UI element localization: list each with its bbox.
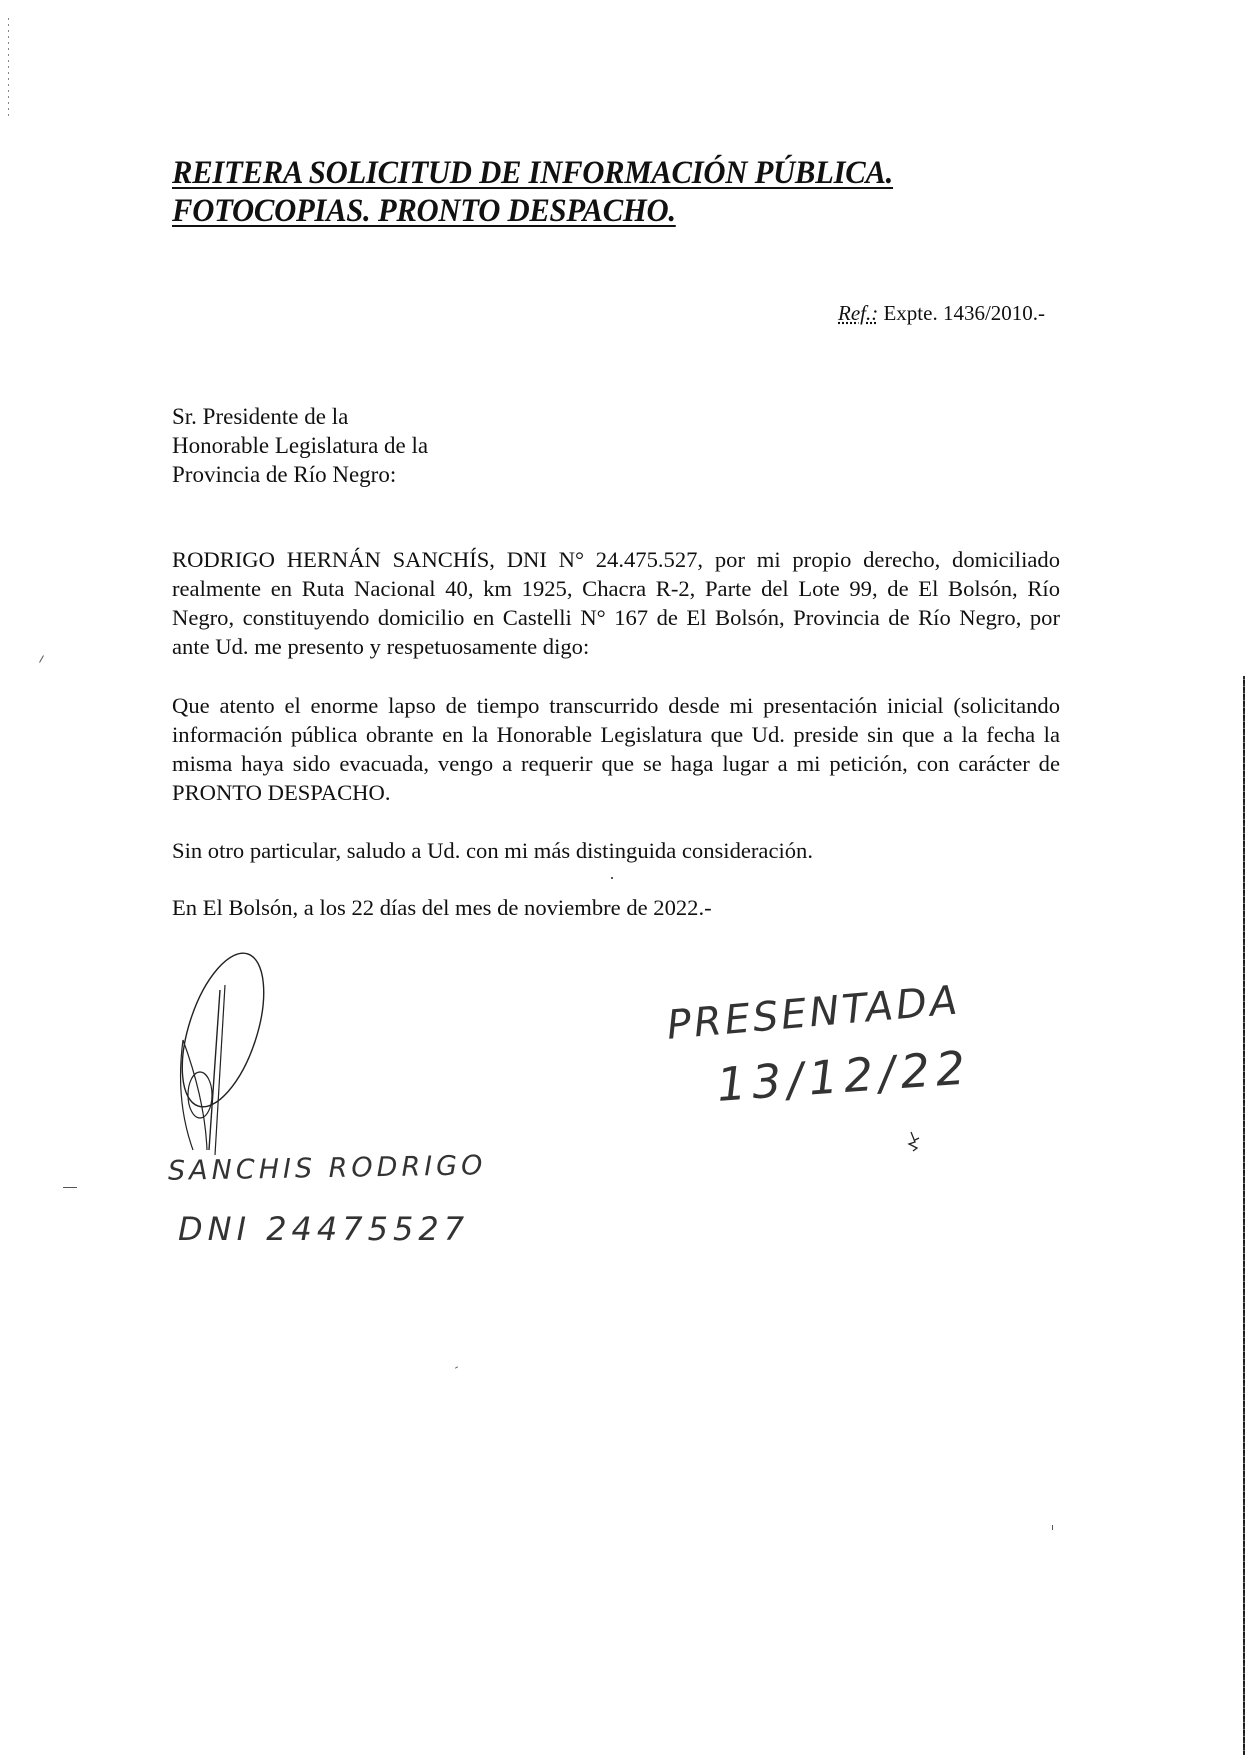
addressee-line-3: Provincia de Río Negro: (172, 460, 428, 489)
addressee-block: Sr. Presidente de la Honorable Legislatu… (172, 402, 428, 489)
scan-artifact-right (1243, 676, 1245, 1755)
scan-speck (63, 1187, 77, 1188)
title-line-1: REITERA SOLICITUD DE INFORMACIÓN PÚBLICA… (172, 154, 893, 192)
addressee-line-1: Sr. Presidente de la (172, 402, 428, 431)
paragraph-closing: Sin otro particular, saludo a Ud. con mi… (172, 836, 1060, 865)
reference-value: Expte. 1436/2010.- (878, 301, 1045, 325)
handwritten-signer-dni: DNI 24475527 (178, 1210, 469, 1248)
received-stamp-label: PRESENTADA (665, 977, 962, 1048)
document-title: REITERA SOLICITUD DE INFORMACIÓN PÚBLICA… (172, 154, 935, 230)
initial-mark-icon (905, 1130, 925, 1152)
signature-icon (165, 950, 305, 1170)
paragraph-date: En El Bolsón, a los 22 días del mes de n… (172, 893, 1060, 922)
reference-label: Ref.: (838, 301, 878, 325)
paragraph-request: Que atento el enorme lapso de tiempo tra… (172, 691, 1060, 807)
scan-artifact-left (8, 18, 9, 118)
scan-speck (39, 655, 44, 662)
title-line-2: FOTOCOPIAS. PRONTO DESPACHO. (172, 192, 676, 230)
received-stamp-date: 13/12/22 (715, 1040, 973, 1112)
handwritten-signer-name: SANCHIS RODRIGO (168, 1150, 487, 1187)
addressee-line-2: Honorable Legislatura de la (172, 431, 428, 460)
scan-speck (1052, 1525, 1053, 1530)
scan-speck (455, 1366, 458, 1368)
document-page: REITERA SOLICITUD DE INFORMACIÓN PÚBLICA… (0, 0, 1248, 1755)
reference: Ref.: Expte. 1436/2010.- (838, 301, 1045, 326)
paragraph-identification: RODRIGO HERNÁN SANCHÍS, DNI N° 24.475.52… (172, 545, 1060, 661)
scan-speck (611, 877, 613, 879)
